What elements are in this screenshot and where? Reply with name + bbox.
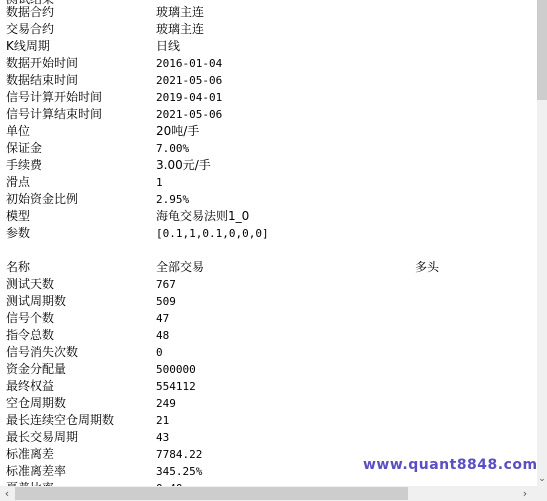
params-row: 信号计算开始时间 2019-04-01	[0, 89, 537, 106]
params-row: 参数 [0.1,1,0.1,0,0,0]	[0, 225, 537, 242]
param-label: 单位	[6, 123, 30, 140]
param-label: K线周期	[6, 38, 50, 55]
param-value: 玻璃主连	[156, 21, 204, 38]
stat-value: 43	[156, 429, 169, 446]
stats-row: 信号个数 47	[0, 310, 537, 327]
param-label: 初始资金比例	[6, 191, 78, 208]
stat-value: 345.25%	[156, 463, 202, 480]
param-value: 20吨/手	[156, 123, 199, 140]
param-label: 模型	[6, 208, 30, 225]
stat-label: 最长连续空仓周期数	[6, 412, 114, 429]
param-value: 3.00元/手	[156, 157, 211, 174]
params-row: 数据合约 玻璃主连	[0, 4, 537, 21]
stat-label: 标准离差率	[6, 463, 66, 480]
param-value: 玻璃主连	[156, 4, 204, 21]
param-label: 保证金	[6, 140, 42, 157]
stats-row: 测试天数 767	[0, 276, 537, 293]
param-value: 2021-05-06	[156, 72, 222, 89]
stat-value: 767	[156, 276, 176, 293]
scroll-right-arrow-icon[interactable]: ›	[518, 486, 532, 501]
stat-value: 7784.22	[156, 446, 202, 463]
param-label: 信号计算结束时间	[6, 106, 102, 123]
params-row: 交易合约 玻璃主连	[0, 21, 537, 38]
stat-label: 信号个数	[6, 310, 54, 327]
param-value: 1	[156, 174, 163, 191]
vertical-scrollbar[interactable]: ⌄	[537, 0, 547, 486]
param-value: 日线	[156, 38, 180, 55]
param-label: 参数	[6, 225, 30, 242]
stat-label: 最终权益	[6, 378, 54, 395]
param-label: 交易合约	[6, 21, 54, 38]
param-value: 7.00%	[156, 140, 189, 157]
stat-value: 21	[156, 412, 169, 429]
stats-row: 最长交易周期 43	[0, 429, 537, 446]
params-row: 模型 海龟交易法则1_0	[0, 208, 537, 225]
stats-header-row: 名称 全部交易 多头	[0, 259, 537, 276]
stats-row: 空仓周期数 249	[0, 395, 537, 412]
stats-header-name: 名称	[6, 259, 30, 276]
stat-label: 资金分配量	[6, 361, 66, 378]
stats-row: 最长连续空仓周期数 21	[0, 412, 537, 429]
stats-row: 资金分配量 500000	[0, 361, 537, 378]
stat-value: 509	[156, 293, 176, 310]
stat-value: 554112	[156, 378, 196, 395]
param-label: 信号计算开始时间	[6, 89, 102, 106]
stat-label: 信号消失次数	[6, 344, 78, 361]
params-row: 手续费 3.00元/手	[0, 157, 537, 174]
params-row: 信号计算结束时间 2021-05-06	[0, 106, 537, 123]
stat-label: 测试周期数	[6, 293, 66, 310]
stat-label: 最长交易周期	[6, 429, 78, 446]
param-value: 2016-01-04	[156, 55, 222, 72]
params-row: 数据开始时间 2016-01-04	[0, 55, 537, 72]
scroll-left-arrow-icon[interactable]: ‹	[0, 486, 14, 501]
param-value: [0.1,1,0.1,0,0,0]	[156, 225, 269, 242]
stat-label: 测试天数	[6, 276, 54, 293]
watermark-text: www.quant8848.com	[363, 457, 537, 473]
param-value: 2.95%	[156, 191, 189, 208]
param-label: 滑点	[6, 174, 30, 191]
param-value: 2021-05-06	[156, 106, 222, 123]
stat-value: 249	[156, 395, 176, 412]
param-value: 2019-04-01	[156, 89, 222, 106]
param-value: 海龟交易法则1_0	[156, 208, 249, 225]
param-label: 数据结束时间	[6, 72, 78, 89]
stats-header-long: 多头	[415, 259, 439, 276]
stats-header-all-trades: 全部交易	[156, 259, 204, 276]
params-row: 数据结束时间 2021-05-06	[0, 72, 537, 89]
params-row: K线周期 日线	[0, 38, 537, 55]
stat-value: 48	[156, 327, 169, 344]
horizontal-scroll-thumb[interactable]	[15, 487, 408, 500]
stat-label: 标准离差	[6, 446, 54, 463]
stats-row: 指令总数 48	[0, 327, 537, 344]
stat-value: 0	[156, 344, 163, 361]
params-row: 滑点 1	[0, 174, 537, 191]
param-label: 数据开始时间	[6, 55, 78, 72]
report-viewport: 测试结果 数据合约 玻璃主连 交易合约 玻璃主连 K线周期 日线 数据开始时间 …	[0, 0, 537, 486]
vertical-scroll-thumb[interactable]	[537, 0, 547, 100]
params-row: 单位 20吨/手	[0, 123, 537, 140]
stats-row: 测试周期数 509	[0, 293, 537, 310]
stat-value: 47	[156, 310, 169, 327]
stat-label: 空仓周期数	[6, 395, 66, 412]
param-label: 手续费	[6, 157, 42, 174]
stat-value: 500000	[156, 361, 196, 378]
stats-row: 信号消失次数 0	[0, 344, 537, 361]
scroll-down-arrow-icon[interactable]: ⌄	[537, 472, 547, 486]
params-row: 初始资金比例 2.95%	[0, 191, 537, 208]
param-label: 数据合约	[6, 4, 54, 21]
stat-label: 指令总数	[6, 327, 54, 344]
stats-row: 最终权益 554112	[0, 378, 537, 395]
horizontal-scrollbar[interactable]: ‹ ›	[0, 486, 547, 501]
params-row: 保证金 7.00%	[0, 140, 537, 157]
